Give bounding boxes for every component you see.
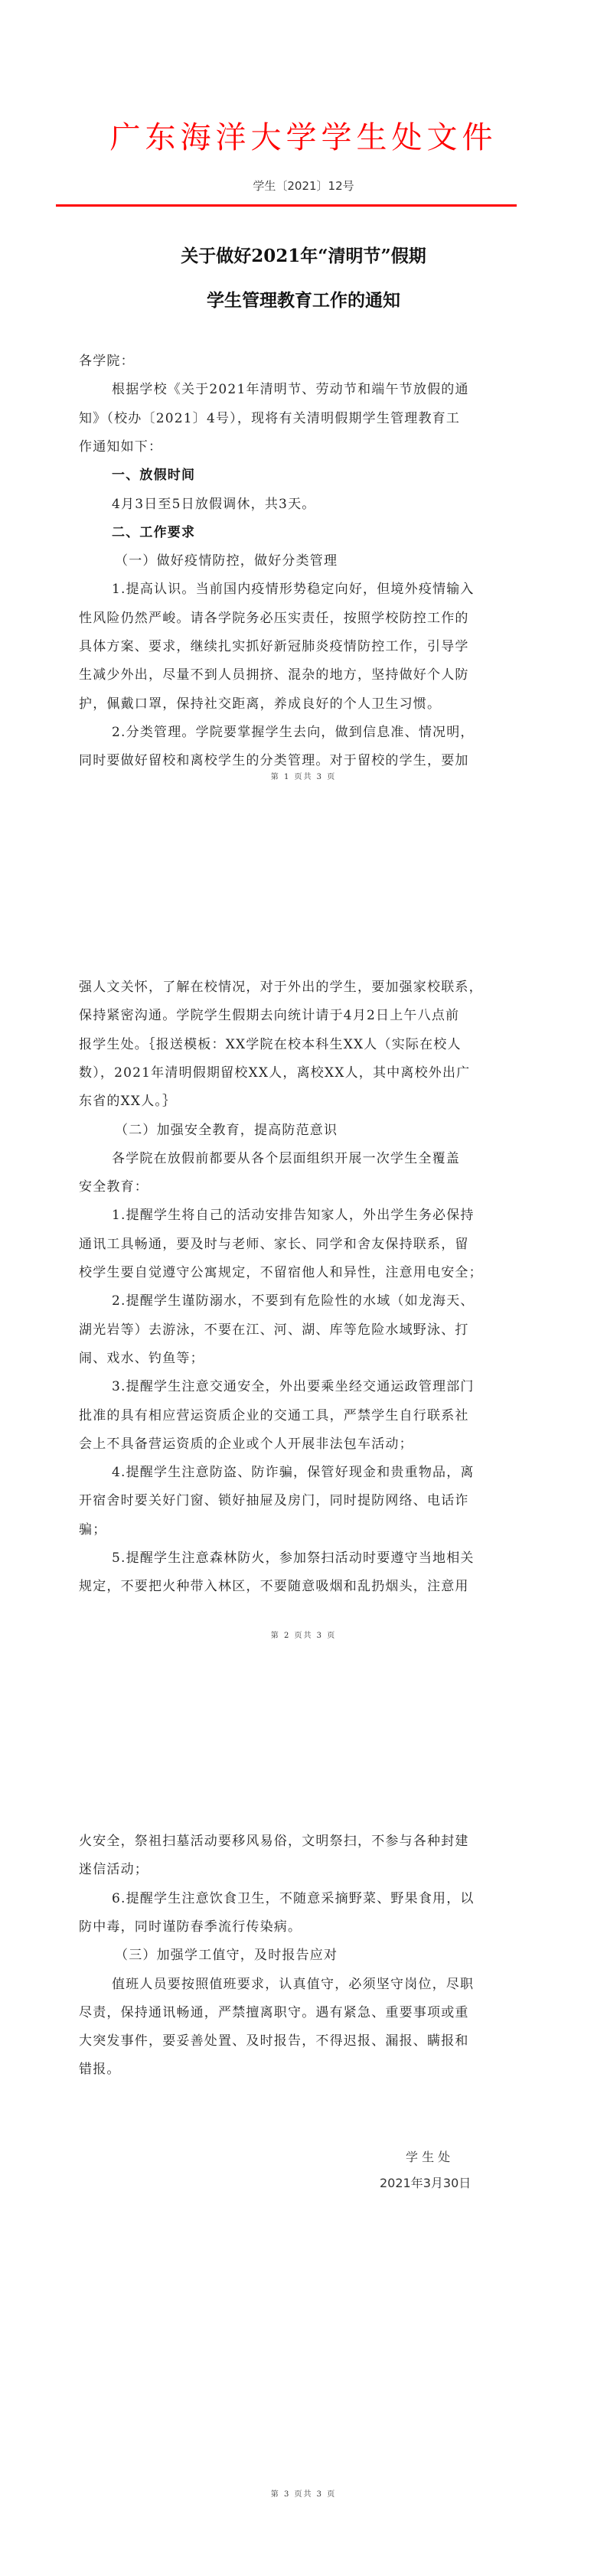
- body-text-line: 尽责，保持通讯畅通，严禁擅离职守。遇有紧急、重要事项或重: [79, 2004, 530, 2022]
- body-text-line: 值班人员要按照值班要求，认真值守，必须坚守岗位，尽职: [112, 1975, 563, 1994]
- body-text-line: 数），2021年清明假期留校XX人，离校XX人，其中离校外出广: [79, 1064, 530, 1082]
- body-text-line: 防中毒，同时谨防春季流行传染病。: [79, 1918, 530, 1936]
- body-text-line: 生减少外出，尽量不到人员拥挤、混杂的地方，坚持做好个人防: [79, 666, 530, 684]
- body-text-line: 安全教育：: [79, 1178, 530, 1196]
- body-text-line: 1.提高认识。当前国内疫情形势稳定向好，但境外疫情输入: [112, 580, 563, 598]
- body-text-line: 会上不具备营运资质的企业或个人开展非法包车活动；: [79, 1435, 530, 1453]
- body-text-line: 1.提醒学生将自己的活动安排告知家人，外出学生务必保持: [112, 1206, 563, 1224]
- body-text-line: 报学生处。｛报送模板：XX学院在校本科生XX人（实际在校人: [79, 1035, 530, 1054]
- body-text-line: 具体方案、要求，继续扎实抓好新冠肺炎疫情防控工作，引导学: [79, 637, 530, 656]
- page-1-footer: 第 1 页共 3 页: [0, 770, 607, 781]
- body-text-line: 闹、戏水、钓鱼等；: [79, 1349, 530, 1368]
- body-text-line: 护，佩戴口罩，保持社交距离，养成良好的个人卫生习惯。: [79, 695, 530, 713]
- body-text-line: 2.分类管理。学院要掌握学生去向，做到信息准、情况明，: [112, 723, 563, 742]
- body-text-line: 知》（校办〔2021〕4号），现将有关清明假期学生管理教育工: [79, 409, 530, 428]
- document-number: 学生〔2021〕12号: [0, 178, 607, 194]
- body-text-line: 各学院在放假前都要从各个层面组织开展一次学生全覆盖: [112, 1149, 563, 1168]
- body-text-line: 各学院：: [79, 352, 530, 370]
- page-2-footer: 第 2 页共 3 页: [0, 1629, 607, 1640]
- body-text-line: 5.提醒学生注意森林防火，参加祭扫活动时要遵守当地相关: [112, 1549, 563, 1567]
- body-text-line: 通讯工具畅通，要及时与老师、家长、同学和舍友保持联系，留: [79, 1235, 530, 1254]
- body-text-line: 强人文关怀，了解在校情况，对于外出的学生，要加强家校联系，: [79, 978, 530, 996]
- signature-date: 2021年3月30日: [380, 2173, 471, 2191]
- body-text-line: 4.提醒学生注意防盗、防诈骗，保管好现金和贵重物品，离: [112, 1463, 563, 1482]
- body-text-line: 6.提醒学生注意饮食卫生，不随意采摘野菜、野果食用，以: [112, 1890, 563, 1908]
- body-text-line: 开宿舍时要关好门窗、锁好抽屉及房门，同时提防网络、电话诈: [79, 1492, 530, 1510]
- body-text-line: 东省的XX人。｝: [79, 1092, 530, 1110]
- body-text-line: 批准的具有相应营运资质企业的交通工具，严禁学生自行联系社: [79, 1407, 530, 1425]
- notice-title-line-1: 关于做好2021年“清明节”假期: [0, 242, 607, 267]
- page-3-footer: 第 3 页共 3 页: [0, 2487, 607, 2499]
- body-text-line: 迷信活动；: [79, 1860, 530, 1879]
- body-text-line: 错报。: [79, 2060, 530, 2079]
- body-text-line: 2.提醒学生谨防溺水，不要到有危险性的水域（如龙海天、: [112, 1292, 563, 1310]
- body-text-line: 骗；: [79, 1521, 530, 1539]
- subsection-heading: （一）做好疫情防控，做好分类管理: [115, 552, 566, 570]
- section-heading: 二、工作要求: [112, 523, 563, 542]
- body-text-line: 同时要做好留校和离校学生的分类管理。对于留校的学生，要加: [79, 752, 530, 770]
- body-text-line: 校学生要自觉遵守公寓规定，不留宿他人和异性，注意用电安全；: [79, 1264, 530, 1282]
- document: 广东海洋大学学生处文件 学生〔2021〕12号 关于做好2021年“清明节”假期…: [0, 0, 607, 2576]
- body-text-line: 作通知如下：: [79, 438, 530, 456]
- red-header-rule: [56, 204, 517, 207]
- notice-title-line-2: 学生管理教育工作的通知: [0, 286, 607, 311]
- body-text-line: 4月3日至5日放假调休，共3天。: [112, 495, 563, 514]
- signature-office: 学 生 处: [406, 2147, 450, 2165]
- section-heading: 一、放假时间: [112, 466, 563, 484]
- body-text-line: 湖光岩等）去游泳，不要在江、河、湖、库等危险水域野泳、打: [79, 1321, 530, 1339]
- body-text-line: 保持紧密沟通。学院学生假期去向统计请于4月2日上午八点前: [79, 1006, 530, 1025]
- body-text-line: 3.提醒学生注意交通安全，外出要乘坐经交通运政管理部门: [112, 1378, 563, 1396]
- body-text-line: 性风险仍然严峻。请各学院务必压实责任，按照学校防控工作的: [79, 609, 530, 628]
- body-text-line: 火安全，祭祖扫墓活动要移风易俗，文明祭扫，不参与各种封建: [79, 1832, 530, 1850]
- issuing-organization-title: 广东海洋大学学生处文件: [0, 115, 607, 161]
- body-text-line: 规定，不要把火种带入林区，不要随意吸烟和乱扔烟头，注意用: [79, 1577, 530, 1596]
- body-text-line: 大突发事件，要妥善处置、及时报告，不得迟报、漏报、瞒报和: [79, 2032, 530, 2050]
- subsection-heading: （三）加强学工值守，及时报告应对: [115, 1946, 566, 1965]
- subsection-heading: （二）加强安全教育，提高防范意识: [115, 1121, 566, 1140]
- body-text-line: 根据学校《关于2021年清明节、劳动节和端午节放假的通: [112, 380, 563, 399]
